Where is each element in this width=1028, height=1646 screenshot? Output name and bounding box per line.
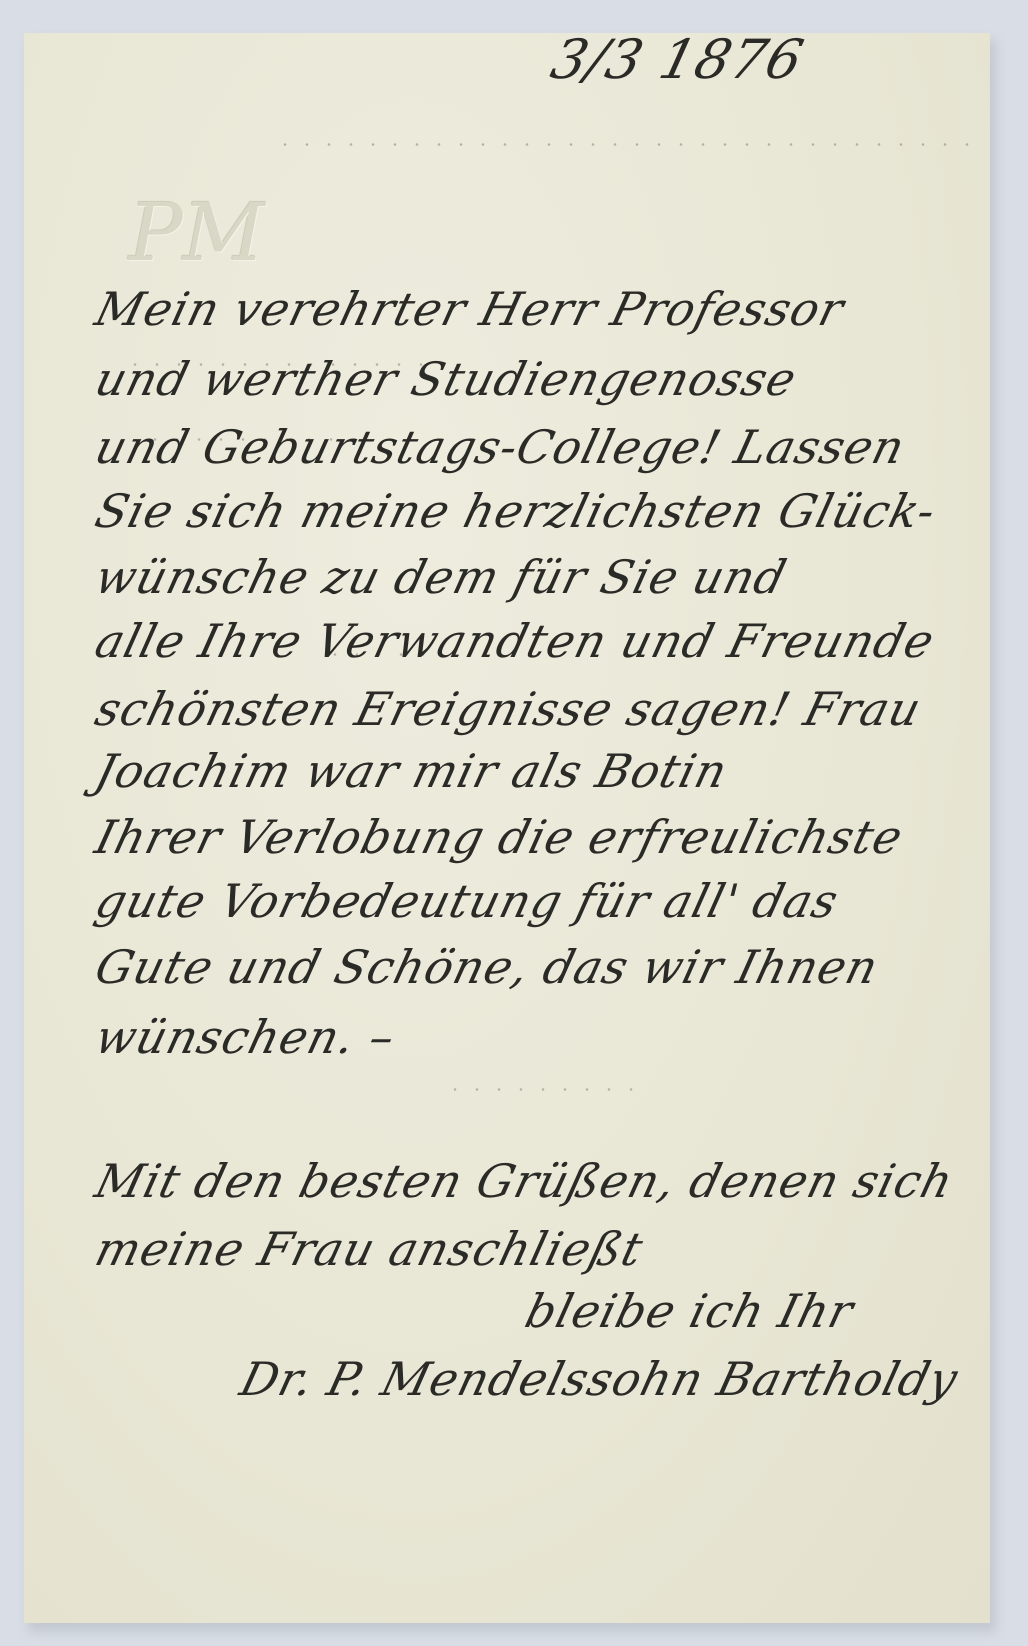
signature: Dr. P. Mendelssohn Bartholdy	[235, 1352, 964, 1406]
body-line-3: alle Ihre Verwandten und Freunde	[90, 614, 940, 668]
body-line-2: wünsche zu dem für Sie und	[90, 550, 792, 604]
salutation-line-3: und Geburtstags-College! Lassen	[90, 420, 911, 474]
show-through-dots	[274, 143, 974, 146]
body-line-7: gute Vorbedeutung für all' das	[90, 874, 844, 928]
body-line-1: Sie sich meine herzlichsten Glück-	[90, 484, 942, 538]
salutation-line-2: und werther Studiengenosse	[90, 352, 802, 406]
letter-date: 3/3 1876	[545, 28, 810, 91]
closing-line-3: bleibe ich Ihr	[520, 1284, 859, 1338]
body-line-4: schönsten Ereignisse sagen! Frau	[90, 682, 927, 736]
body-line-8: Gute und Schöne, das wir Ihnen	[90, 940, 884, 994]
body-line-6: Ihrer Verlobung die erfreulichste	[90, 810, 909, 864]
body-line-9: wünschen. –	[90, 1010, 401, 1064]
show-through-dots	[444, 1088, 644, 1091]
body-line-5: Joachim war mir als Botin	[90, 744, 733, 798]
salutation-line-1: Mein verehrter Herr Professor	[90, 282, 850, 336]
closing-line-2: meine Frau anschließt	[90, 1222, 649, 1276]
closing-line-1: Mit den besten Grüßen, denen sich	[90, 1154, 959, 1208]
